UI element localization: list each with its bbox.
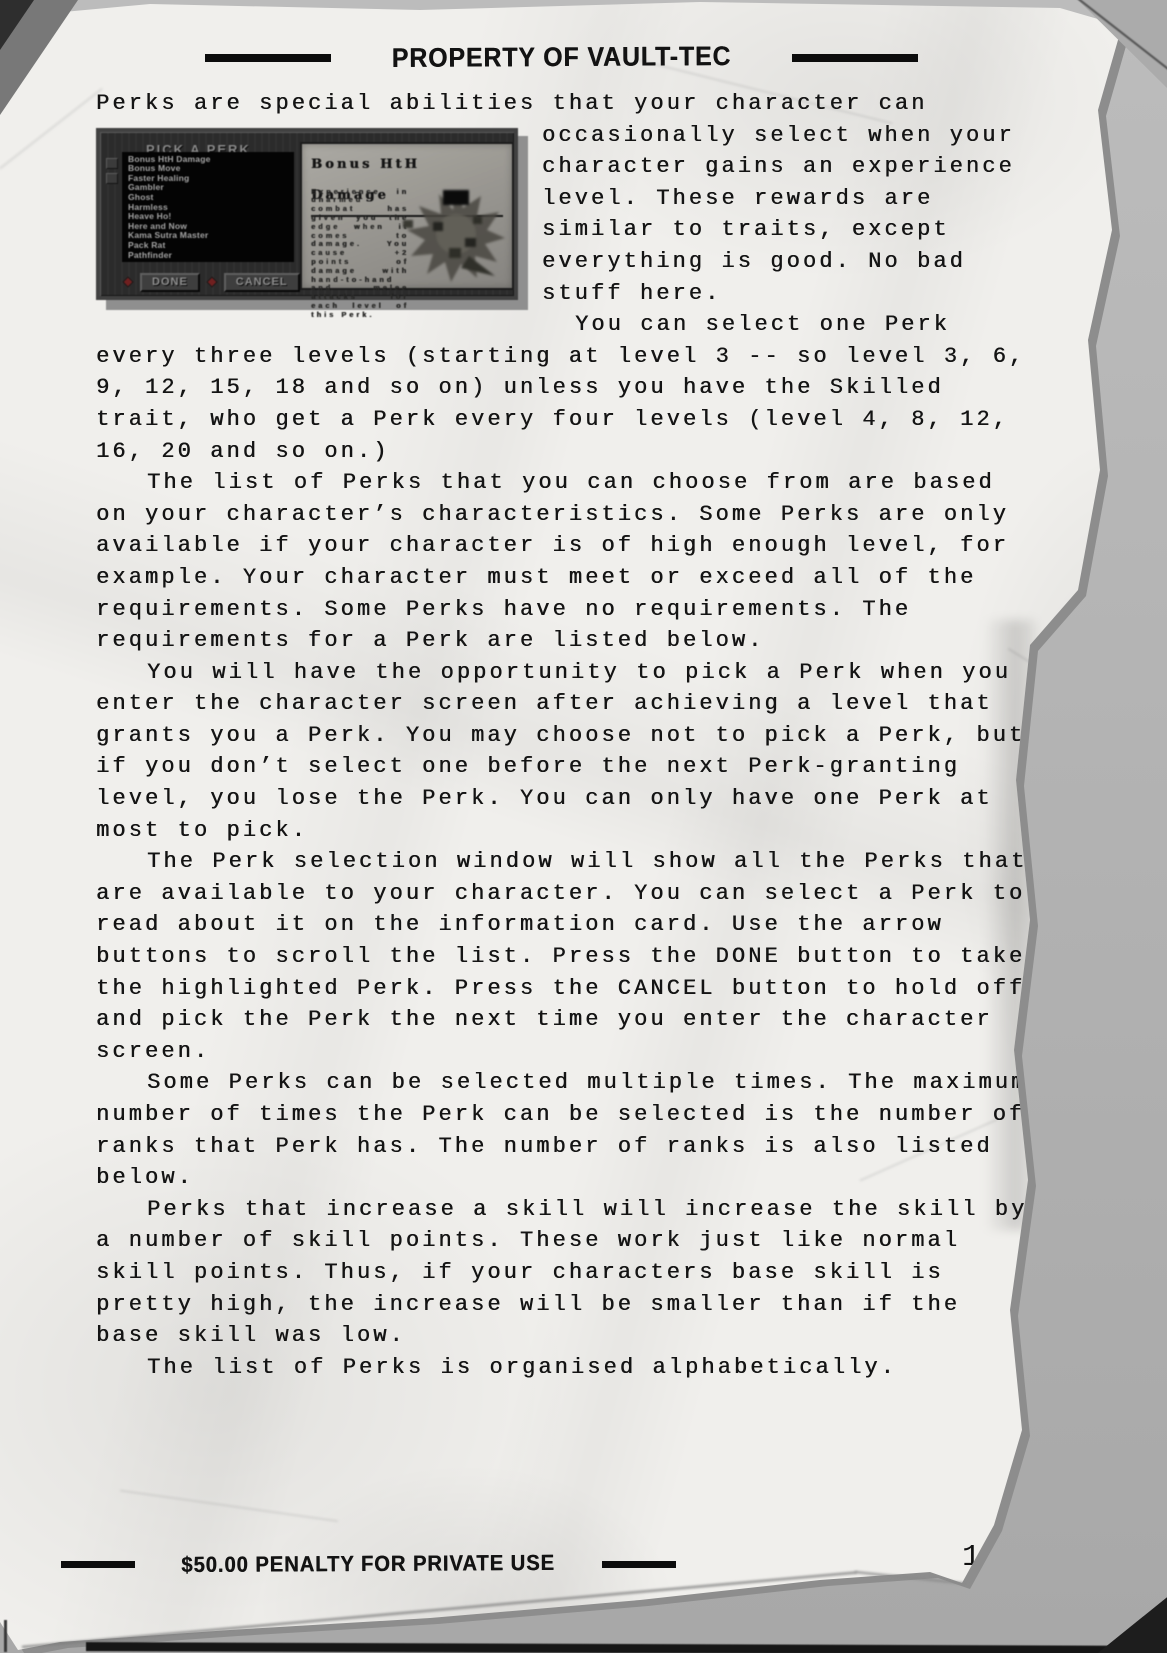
perk-window-buttons: DONE CANCEL: [124, 273, 300, 292]
paper-sheet: PROPERTY OF VAULT-TEC Perks are special …: [0, 0, 1167, 1653]
paper-crease: [120, 1490, 338, 1523]
perk-list: Bonus HtH Damage Bonus Move Faster Heali…: [122, 152, 294, 262]
perk-window: PICK A PERK Bonus HtH Damage Bonus Move …: [96, 128, 518, 300]
scroll-down-arrow-icon: [106, 173, 118, 184]
scroll-up-arrow-icon: [106, 158, 118, 169]
article-body: Perks are special abilities that your ch…: [96, 88, 1034, 1383]
paragraph: You will have the opportunity to pick a …: [96, 657, 1034, 847]
indicator-light-icon: [122, 276, 133, 287]
done-button: DONE: [140, 273, 200, 292]
paper-curl-mark: [4, 1620, 7, 1652]
paragraph: The Perk selection window will show all …: [96, 846, 1034, 1067]
perk-selection-screenshot: PICK A PERK Bonus HtH Damage Bonus Move …: [96, 128, 528, 310]
manual-page-scan: PROPERTY OF VAULT-TEC Perks are special …: [0, 0, 1167, 1653]
paragraph: Perks that increase a skill will increas…: [96, 1194, 1034, 1352]
perk-illustration-icon: [403, 182, 507, 284]
perk-list-scroll-column: [106, 158, 118, 188]
header-rule-right: [792, 54, 918, 62]
page-header-title: PROPERTY OF VAULT-TEC: [392, 41, 732, 74]
scan-edge-bottom-bar: [86, 1642, 1167, 1653]
footer-rule-right: [602, 1561, 676, 1568]
perk-list-item: Pathfinder: [128, 251, 294, 261]
header-rule-left: [205, 54, 331, 62]
perk-info-card: Bonus HtH Damage Experience in unarmed c…: [300, 142, 514, 290]
paragraph: Some Perks can be selected multiple time…: [96, 1067, 1034, 1193]
page-footer: $50.00 PENALTY FOR PRIVATE USE: [0, 1551, 737, 1577]
perk-info-card-description: Experience in unarmed combat has given y…: [311, 188, 409, 320]
intro-line: Perks are special abilities that your ch…: [96, 88, 1034, 120]
footer-penalty-text: $50.00 PENALTY FOR PRIVATE USE: [182, 1550, 556, 1578]
scan-edge-bottom-right: [1071, 1585, 1167, 1653]
paragraph: The list of Perks is organised alphabeti…: [96, 1352, 1034, 1384]
footer-rule-left: [61, 1561, 135, 1568]
indicator-light-icon: [206, 276, 217, 287]
paragraph: You can select one Perk every three leve…: [96, 309, 1034, 467]
paragraph: The list of Perks that you can choose fr…: [96, 467, 1034, 657]
paper-crease: [0, 88, 103, 170]
page-header: PROPERTY OF VAULT-TEC: [0, 42, 1123, 73]
cancel-button: CANCEL: [224, 273, 300, 292]
